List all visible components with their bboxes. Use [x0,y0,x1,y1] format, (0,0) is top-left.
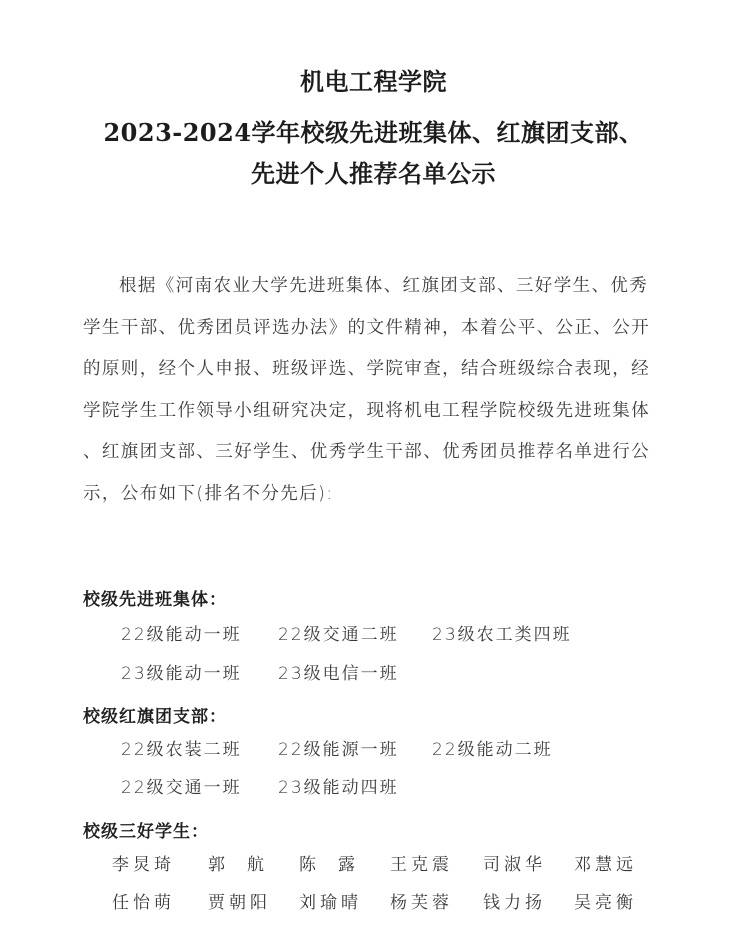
paragraph-line: 根据《河南农业大学先进班集体、红旗团支部、三好学生、优秀 [83,266,673,308]
branch-list-row: 22级交通一班 23级能动四班 [0,773,747,803]
document-page: 机电工程学院 2023-2024学年校级先进班集体、红旗团支部、 先进个人推荐名… [0,0,747,927]
list-item: 22级交通二班 [278,620,399,645]
list-item: 22级能源一班 [278,735,399,760]
paragraph-line: 学院学生工作领导小组研究决定，现将机电工程学院校级先进班集体 [83,391,673,433]
branch-list-row: 22级农装二班 22级能源一班 22级能动二班 [0,735,747,765]
class-list-row: 22级能动一班 22级交通二班 23级农工类四班 [0,620,747,650]
student-name: 陈露 [299,850,377,875]
section-heading-advanced-class: 校级先进班集体： [83,585,227,610]
document-title-sub: 先进个人推荐名单公示 [0,154,747,189]
student-list-row: 李炅琦 郭航 陈露 王克震 司淑华 邓慧远 [0,850,747,880]
student-name: 任怡萌 [112,888,175,913]
student-name: 钱力扬 [483,888,546,913]
student-name: 李炅琦 [112,850,175,875]
list-item: 23级能动四班 [278,773,399,798]
student-name: 杨芙蓉 [390,888,453,913]
list-item: 22级能动二班 [432,735,553,760]
class-list-row: 23级能动一班 23级电信一班 [0,659,747,689]
student-list-row: 任怡萌 贾朝阳 刘瑜晴 杨芙蓉 钱力扬 吴亮衡 [0,888,747,918]
document-title-main: 2023-2024学年校级先进班集体、红旗团支部、 [0,113,747,148]
section-heading-three-good-students: 校级三好学生： [83,817,209,842]
student-name: 王克震 [390,850,453,875]
list-item: 23级电信一班 [278,659,399,684]
list-item: 23级能动一班 [121,659,242,684]
paragraph-line: 的原则，经个人申报、班级评选、学院审查，结合班级综合表现，经 [83,349,673,391]
section-heading-red-flag-branch: 校级红旗团支部： [83,702,227,727]
student-name: 贾朝阳 [208,888,271,913]
intro-paragraph: 根据《河南农业大学先进班集体、红旗团支部、三好学生、优秀 学生干部、优秀团员评选… [83,266,673,515]
paragraph-line: 、红旗团支部、三好学生、优秀学生干部、优秀团员推荐名单进行公 [83,432,673,474]
list-item: 22级交通一班 [121,773,242,798]
student-name: 刘瑜晴 [299,888,362,913]
student-name: 郭航 [208,850,286,875]
student-name: 邓慧远 [574,850,637,875]
paragraph-line: 示，公布如下(排名不分先后): [83,474,673,516]
document-title-college: 机电工程学院 [0,62,747,97]
student-name: 司淑华 [483,850,546,875]
paragraph-line: 学生干部、优秀团员评选办法》的文件精神，本着公平、公正、公开 [83,308,673,350]
list-item: 22级能动一班 [121,620,242,645]
student-name: 吴亮衡 [574,888,637,913]
list-item: 22级农装二班 [121,735,242,760]
list-item: 23级农工类四班 [432,620,572,645]
